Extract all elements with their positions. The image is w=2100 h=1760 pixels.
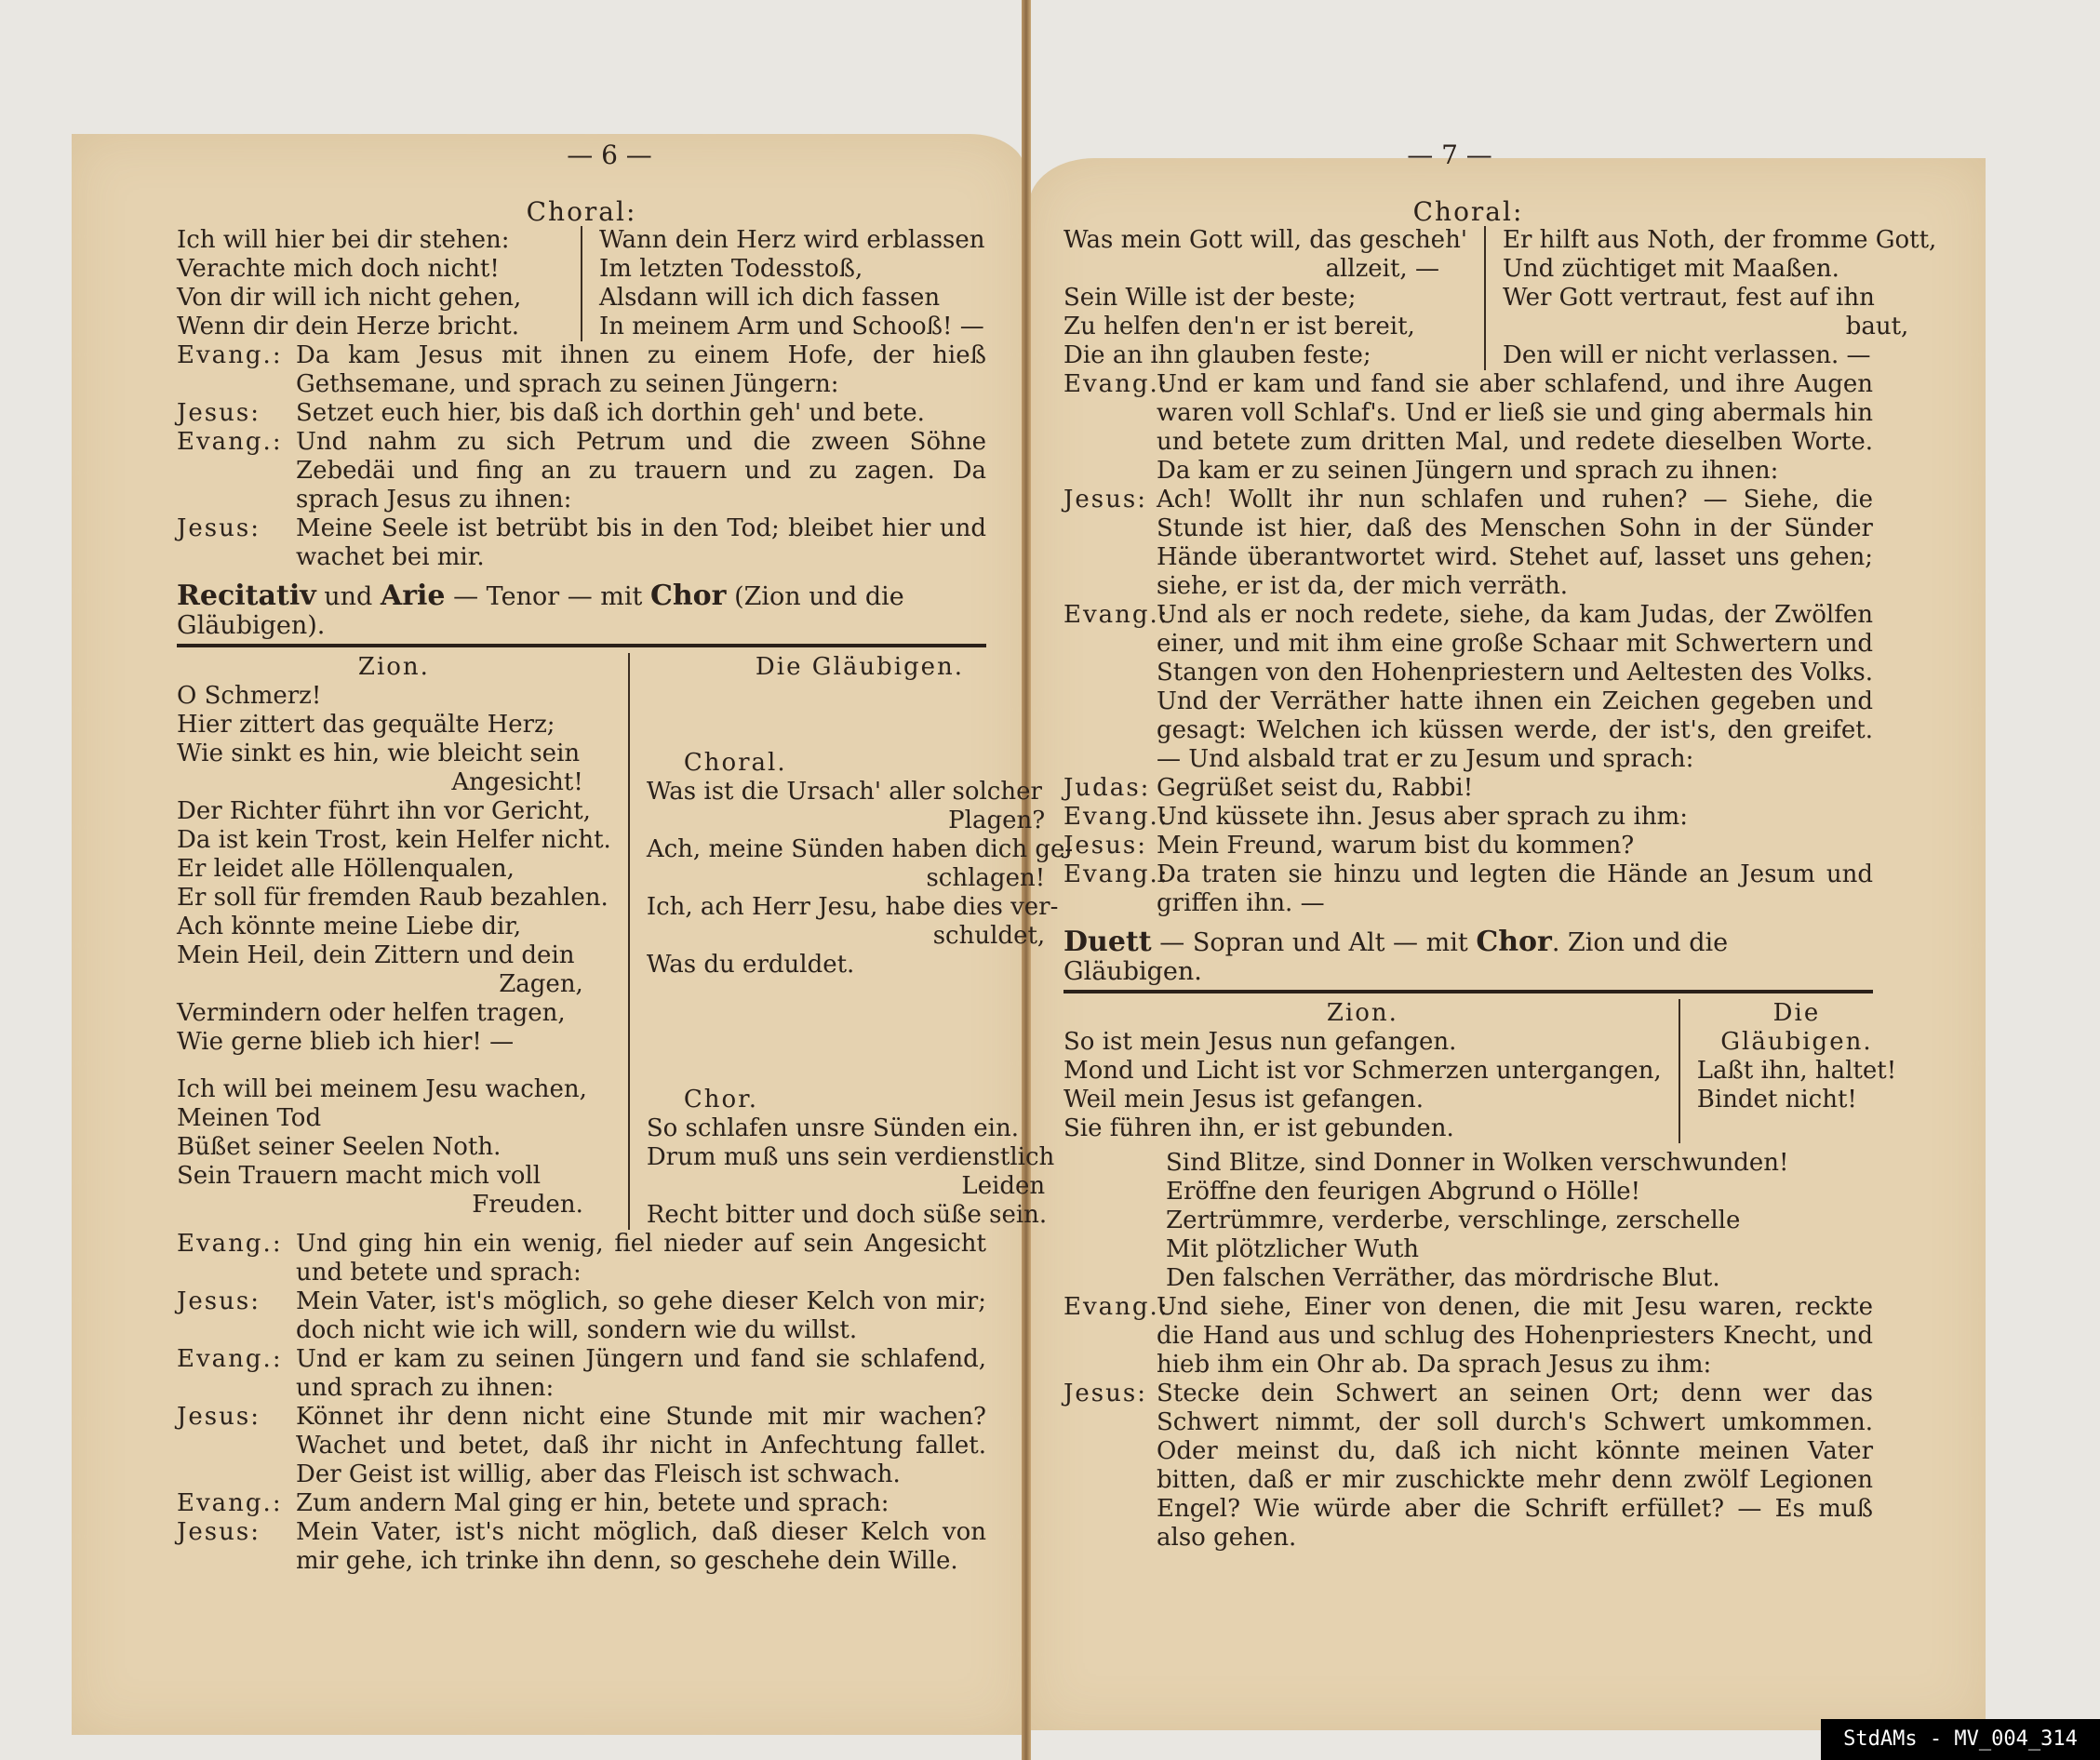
speaker-label: Jesus: — [177, 1403, 296, 1489]
speaker-label: Jesus: — [1063, 486, 1157, 601]
dialog-entry: Evang.:Zum andern Mal ging er hin, betet… — [177, 1489, 986, 1518]
verse-line: Zagen, — [177, 970, 611, 999]
verse-line: Wenn dir dein Herze bricht. — [177, 313, 564, 341]
right-page-content: Choral: Was mein Gott will, das gescheh'… — [1063, 197, 1873, 1553]
zion-header: Zion. — [177, 653, 611, 682]
heading-chor: Chor — [650, 580, 727, 612]
verse-line: Alsdann will ich dich fassen — [599, 284, 986, 313]
speaker-label: Judas: — [1063, 774, 1157, 803]
dialog-entry: Evang.:Und nahm zu sich Petrum und die z… — [177, 428, 986, 514]
speech-text: Und er kam und fand sie aber schlafend, … — [1157, 370, 1873, 486]
verse-line: Angesicht! — [177, 768, 611, 797]
verse-line: Was du erduldet. — [647, 951, 1073, 980]
verse-line: Was ist die Ursach' aller solcher — [647, 778, 1073, 807]
speech-text: Könnet ihr denn nicht eine Stunde mit mi… — [296, 1403, 986, 1489]
choral-right-column: Wann dein Herz wird erblassen Im letzten… — [582, 226, 986, 341]
archive-watermark-label: StdAMs - MV_004_314 — [1821, 1719, 2100, 1760]
speaker-label: Evang.: — [177, 341, 296, 399]
speaker-label: Jesus: — [177, 514, 296, 572]
page-number-right: — 7 — — [1357, 140, 1543, 170]
dialog-entry: Jesus:Könnet ihr denn nicht eine Stunde … — [177, 1403, 986, 1489]
verse-line: Sie führen ihn, er ist gebunden. — [1063, 1114, 1662, 1143]
verse-line: Wie sinkt es hin, wie bleicht sein — [177, 740, 611, 768]
dialog-block-2: Evang.:Und ging hin ein wenig, fiel nied… — [177, 1230, 986, 1576]
zion-column: Zion. O Schmerz! Hier zittert das gequäl… — [177, 653, 630, 1230]
speaker-label: Evang.: — [177, 428, 296, 514]
speaker-label: Evang.: — [177, 1230, 296, 1287]
verse-line: Wer Gott vertraut, fest auf ihn — [1503, 284, 1936, 313]
speaker-label: Jesus: — [1063, 1380, 1157, 1553]
verse-line: Zertrümmre, verderbe, verschlinge, zersc… — [1166, 1207, 1873, 1235]
glaeubigen-header: Die Gläubigen. — [647, 653, 1073, 682]
verse-line: Büßet seiner Seelen Noth. — [177, 1133, 611, 1162]
verse-line: Recht bitter und doch süße sein. — [647, 1201, 1073, 1230]
speaker-label: Jesus: — [177, 1287, 296, 1345]
section-heading-recitativ: Recitativ und Arie — Tenor — mit Chor (Z… — [177, 581, 986, 647]
dialog-entry: Evang.:Und als er noch redete, siehe, da… — [1063, 601, 1873, 774]
choral-title: Choral: — [1063, 197, 1873, 226]
speech-text: Gegrüßet seist du, Rabbi! — [1157, 774, 1873, 803]
verse-line: Was mein Gott will, das gescheh' — [1063, 226, 1467, 255]
verse-line: So ist mein Jesus nun gefangen. — [1063, 1028, 1662, 1057]
chor-subheading: Chor. — [647, 1086, 1073, 1114]
verse-line: Laßt ihn, haltet! — [1697, 1057, 1896, 1086]
choral-left-column: Ich will hier bei dir stehen: Verachte m… — [177, 226, 582, 341]
choral-left-column: Was mein Gott will, das gescheh' allzeit… — [1063, 226, 1486, 370]
verse-line: Bindet nicht! — [1697, 1086, 1896, 1114]
speech-text: Mein Vater, ist's nicht möglich, daß die… — [296, 1518, 986, 1576]
speaker-label: Evang.: — [1063, 1293, 1157, 1380]
verse-line: Er leidet alle Höllenqualen, — [177, 855, 611, 884]
dialog-entry: Jesus:Mein Freund, warum bist du kommen? — [1063, 832, 1873, 860]
heading-recitativ: Recitativ — [177, 580, 316, 612]
speech-text: Und als er noch redete, siehe, da kam Ju… — [1157, 601, 1873, 774]
spacer — [647, 682, 1073, 740]
speaker-label: Evang.: — [1063, 370, 1157, 486]
dialog-entry: Evang.:Da traten sie hinzu und legten di… — [1063, 860, 1873, 918]
dialog-block-1: Evang.:Und er kam und fand sie aber schl… — [1063, 370, 1873, 918]
verse-line: Drum muß uns sein verdienstlich — [647, 1143, 1073, 1172]
choral-verses: Was mein Gott will, das gescheh' allzeit… — [1063, 226, 1873, 370]
speaker-label: Jesus: — [177, 1518, 296, 1576]
verse-line: Den falschen Verräther, das mördrische B… — [1166, 1264, 1873, 1293]
verse-line: Sein Trauern macht mich voll — [177, 1162, 611, 1191]
heading-voices: — Sopran und Alt — mit — [1159, 928, 1467, 957]
verse-line: Vermindern oder helfen tragen, — [177, 999, 611, 1028]
glaeubigen-header: Die Gläubigen. — [1697, 999, 1896, 1057]
verse-line: Ich, ach Herr Jesu, habe dies ver- — [647, 893, 1073, 922]
verse-line: Der Richter führt ihn vor Gericht, — [177, 797, 611, 826]
choral-right-column: Er hilft aus Noth, der fromme Gott, Und … — [1486, 226, 1936, 370]
verse-line: In meinem Arm und Schooß! — — [599, 313, 986, 341]
verse-line: Freuden. — [177, 1191, 611, 1220]
dialog-entry: Jesus:Ach! Wollt ihr nun schlafen und ru… — [1063, 486, 1873, 601]
verse-line: Leiden — [647, 1172, 1073, 1201]
verse-line: So schlafen unsre Sünden ein. — [647, 1114, 1073, 1143]
verse-line: Eröffne den feurigen Abgrund o Hölle! — [1166, 1178, 1873, 1207]
heading-und: und — [324, 582, 372, 611]
speaker-label: Evang.: — [1063, 601, 1157, 774]
speech-text: Und nahm zu sich Petrum und die zween Sö… — [296, 428, 986, 514]
heading-arie: Arie — [381, 580, 446, 612]
dialog-block-1: Evang.:Da kam Jesus mit ihnen zu einem H… — [177, 341, 986, 572]
speech-text: Meine Seele ist betrübt bis in den Tod; … — [296, 514, 986, 572]
verse-line: Ach, meine Sünden haben dich ge- — [647, 835, 1073, 864]
section-heading-duett: Duett — Sopran und Alt — mit Chor. Zion … — [1063, 927, 1873, 993]
speaker-label: Evang.: — [1063, 860, 1157, 918]
dialog-entry: Jesus:Setzet euch hier, bis daß ich dort… — [177, 399, 986, 428]
zion-column: Zion. So ist mein Jesus nun gefangen. Mo… — [1063, 999, 1680, 1143]
verse-line: Plagen? — [647, 807, 1073, 835]
heading-duett: Duett — [1063, 926, 1152, 958]
verse-line: Meinen Tod — [177, 1104, 611, 1133]
speech-text: Und küssete ihn. Jesus aber sprach zu ih… — [1157, 803, 1873, 832]
verse-line: Wann dein Herz wird erblassen — [599, 226, 986, 255]
verse-line: Die an ihn glauben feste; — [1063, 341, 1467, 370]
verse-line: Weil mein Jesus ist gefangen. — [1063, 1086, 1662, 1114]
dialog-entry: Jesus:Stecke dein Schwert an seinen Ort;… — [1063, 1380, 1873, 1553]
verse-line: schuldet, — [647, 922, 1073, 951]
heading-tenor: — Tenor — mit — [453, 582, 642, 611]
dialog-entry: Evang.:Und er kam und fand sie aber schl… — [1063, 370, 1873, 486]
verse-line: Da ist kein Trost, kein Helfer nicht. — [177, 826, 611, 855]
verse-line: Verachte mich doch nicht! — [177, 255, 564, 284]
verse-line: Von dir will ich nicht gehen, — [177, 284, 564, 313]
dialog-entry: Evang.:Und ging hin ein wenig, fiel nied… — [177, 1230, 986, 1287]
verse-line: Zu helfen den'n er ist bereit, — [1063, 313, 1467, 341]
dialog-entry: Jesus:Meine Seele ist betrübt bis in den… — [177, 514, 986, 572]
left-page-content: Choral: Ich will hier bei dir stehen: Ve… — [177, 197, 986, 1576]
verse-line: Ach könnte meine Liebe dir, — [177, 913, 611, 941]
speech-text: Und siehe, Einer von denen, die mit Jesu… — [1157, 1293, 1873, 1380]
speech-text: Zum andern Mal ging er hin, betete und s… — [296, 1489, 986, 1518]
verse-line: Den will er nicht verlassen. — — [1503, 341, 1936, 370]
speaker-label: Jesus: — [1063, 832, 1157, 860]
speech-text: Da kam Jesus mit ihnen zu einem Hofe, de… — [296, 341, 986, 399]
speaker-label: Evang.: — [177, 1489, 296, 1518]
speech-text: Mein Freund, warum bist du kommen? — [1157, 832, 1873, 860]
heading-chor: Chor — [1476, 926, 1552, 958]
verse-line: Sind Blitze, sind Donner in Wolken versc… — [1166, 1149, 1873, 1178]
verse-line: Mein Heil, dein Zittern und dein — [177, 941, 611, 970]
dialog-entry: Evang.:Und er kam zu seinen Jüngern und … — [177, 1345, 986, 1403]
verse-line: O Schmerz! — [177, 682, 611, 711]
choral-title: Choral: — [177, 197, 986, 226]
page-number-left: — 6 — — [516, 140, 702, 170]
speaker-label: Jesus: — [177, 399, 296, 428]
zion-header: Zion. — [1063, 999, 1662, 1028]
speech-text: Und er kam zu seinen Jüngern und fand si… — [296, 1345, 986, 1403]
glaeubigen-column: Die Gläubigen. Choral. Was ist die Ursac… — [630, 653, 1073, 1230]
speech-text: Und ging hin ein wenig, fiel nieder auf … — [296, 1230, 986, 1287]
dialog-entry: Evang.:Und küssete ihn. Jesus aber sprac… — [1063, 803, 1873, 832]
tutti-verses: Sind Blitze, sind Donner in Wolken versc… — [1063, 1149, 1873, 1293]
speech-text: Da traten sie hinzu und legten die Hände… — [1157, 860, 1873, 918]
speaker-label: Evang.: — [177, 1345, 296, 1403]
spacer — [647, 980, 1073, 1076]
zion-glaeubigen-columns: Zion. O Schmerz! Hier zittert das gequäl… — [177, 653, 986, 1230]
verse-line: Hier zittert das gequälte Herz; — [177, 711, 611, 740]
dialog-entry: Evang.:Und siehe, Einer von denen, die m… — [1063, 1293, 1873, 1380]
zion-glaeubigen-columns: Zion. So ist mein Jesus nun gefangen. Mo… — [1063, 999, 1873, 1143]
choral-subheading: Choral. — [647, 749, 1073, 778]
verse-line: Im letzten Todesstoß, — [599, 255, 986, 284]
dialog-block-2: Evang.:Und siehe, Einer von denen, die m… — [1063, 1293, 1873, 1553]
speech-text: Ach! Wollt ihr nun schlafen und ruhen? —… — [1157, 486, 1873, 601]
speaker-label: Evang.: — [1063, 803, 1157, 832]
verse-line: Ich will hier bei dir stehen: — [177, 226, 564, 255]
choral-verses: Ich will hier bei dir stehen: Verachte m… — [177, 226, 986, 341]
glaeubigen-column: Die Gläubigen. Laßt ihn, haltet! Bindet … — [1680, 999, 1896, 1143]
dialog-entry: Jesus:Mein Vater, ist's nicht möglich, d… — [177, 1518, 986, 1576]
verse-line: Mit plötzlicher Wuth — [1166, 1235, 1873, 1264]
speech-text: Setzet euch hier, bis daß ich dorthin ge… — [296, 399, 986, 428]
spacer — [177, 1057, 611, 1075]
verse-line: Ich will bei meinem Jesu wachen, — [177, 1075, 611, 1104]
verse-line: baut, — [1503, 313, 1936, 341]
verse-line: Mond und Licht ist vor Schmerzen unterga… — [1063, 1057, 1662, 1086]
speech-text: Stecke dein Schwert an seinen Ort; denn … — [1157, 1380, 1873, 1553]
verse-line: Wie gerne blieb ich hier! — — [177, 1028, 611, 1057]
verse-line: Sein Wille ist der beste; — [1063, 284, 1467, 313]
verse-line: Und züchtiget mit Maaßen. — [1503, 255, 1936, 284]
verse-line: allzeit, — — [1063, 255, 1467, 284]
verse-line: Er soll für fremden Raub bezahlen. — [177, 884, 611, 913]
dialog-entry: Evang.:Da kam Jesus mit ihnen zu einem H… — [177, 341, 986, 399]
verse-line: schlagen! — [647, 864, 1073, 893]
verse-line: Er hilft aus Noth, der fromme Gott, — [1503, 226, 1936, 255]
dialog-entry: Judas:Gegrüßet seist du, Rabbi! — [1063, 774, 1873, 803]
speech-text: Mein Vater, ist's möglich, so gehe diese… — [296, 1287, 986, 1345]
dialog-entry: Jesus:Mein Vater, ist's möglich, so gehe… — [177, 1287, 986, 1345]
